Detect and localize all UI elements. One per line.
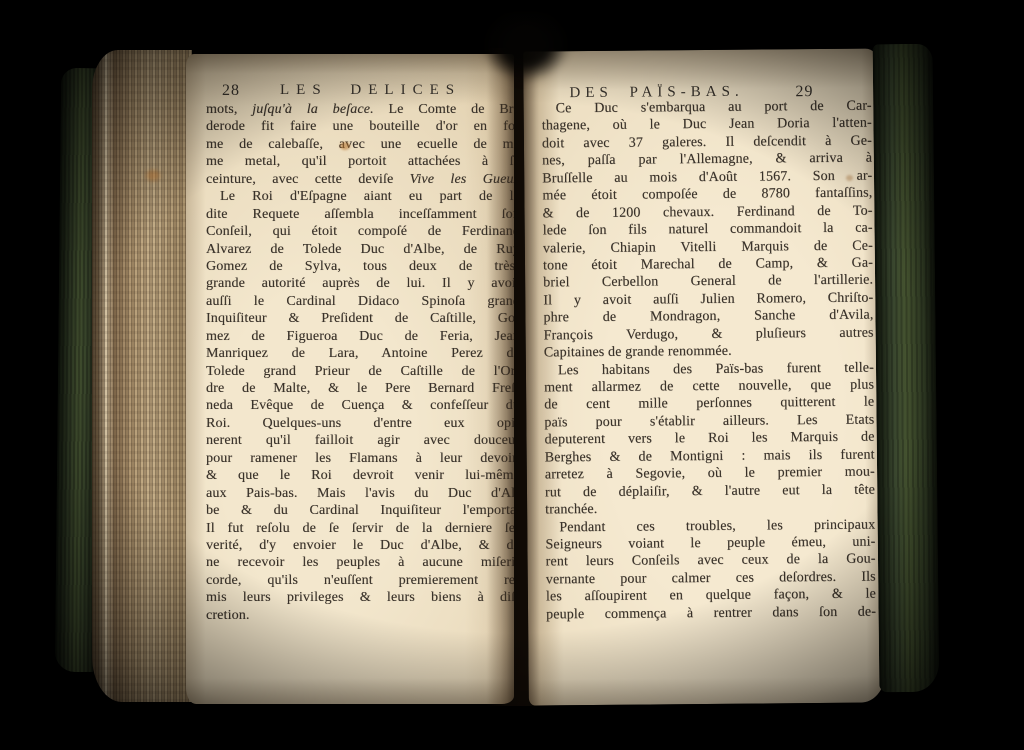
text-line: aux Pais-bas. Mais l'avis du Duc d'Al- (206, 485, 514, 502)
text-line: cretion. (206, 607, 514, 624)
running-title-left: LES DELICES (280, 82, 461, 99)
text-line: auſſi le Cardinal Didaco Spinoſa grand (206, 293, 514, 310)
text-line: lede ſon fils naturel commandoit la ca- (543, 220, 873, 240)
text-line: Manriquez de Lara, Antoine Perez de (206, 345, 514, 362)
text-line: mis leurs privileges & leurs biens à diſ… (206, 589, 514, 606)
text-line: ne recevoir les peuples à aucune miſeri- (206, 554, 514, 571)
text-line: neda Evêque de Cuença & confeſſeur du (206, 397, 514, 414)
text-line: be & du Cardinal Inquiſiteur l'emporta. (206, 502, 514, 519)
left-page-text: mots, juſqu'à la beſace. Le Comte de Bre… (206, 101, 514, 624)
page-fore-edge-stack (92, 50, 192, 702)
book-cover-right (873, 44, 940, 693)
text-line: Gomez de Sylva, tous deux de très- (206, 258, 514, 275)
text-line: Il fut reſolu de ſe ſervir de la dernier… (206, 520, 514, 537)
text-line: verité, d'y envoier le Duc d'Albe, & de (206, 537, 514, 554)
text-line: Alvarez de Tolede Duc d'Albe, de Ruy (206, 241, 514, 258)
text-line: Le Roi d'Eſpagne aiant eu part de la (206, 188, 514, 205)
page-number-left: 28 (222, 82, 240, 100)
text-line: me de calebaſſe, avec une ecuelle de mê (206, 136, 514, 153)
right-page-text: Ce Duc s'embarqua au port de Car-thagene… (542, 98, 877, 624)
text-line: dite Requete aſſembla inceſſamment ſon (206, 206, 514, 223)
text-line: peuple commença à rentrer dans ſon de- (546, 603, 876, 623)
right-page: DES PAÏS-BAS. 29 Ce Duc s'embarqua au po… (523, 48, 885, 705)
text-line: ceinture, avec cette deviſe Vive les Gue… (206, 171, 514, 188)
text-line: pour ramener les Flamans à leur devoir, (206, 450, 514, 467)
text-line: Conſeil, qui étoit compoſé de Ferdinand (206, 223, 514, 240)
text-line: grande autorité auprès de lui. Il y avoi… (206, 275, 514, 292)
text-line: mots, juſqu'à la beſace. Le Comte de Bre (206, 101, 514, 118)
text-line: me metal, qu'il portoit attachées à ſa (206, 153, 514, 170)
text-line: dre de Malte, & le Pere Bernard Freſ- (206, 380, 514, 397)
text-line: François Verdugo, & pluſieurs autres (544, 324, 874, 344)
text-line: Tolede grand Prieur de Caſtille de l'Or- (206, 363, 514, 380)
book-photo: 28 LES DELICES mots, juſqu'à la beſace. … (0, 0, 1024, 750)
text-line: nerent qu'il failloit agir avec douceur (206, 432, 514, 449)
text-line: rut de déplaiſir, & l'autre eut la tête (545, 481, 875, 501)
text-line: derode fit faire une bouteille d'or en f… (206, 118, 514, 135)
left-page-header: 28 LES DELICES (186, 82, 514, 102)
left-page: 28 LES DELICES mots, juſqu'à la beſace. … (186, 54, 514, 704)
text-line: Inquiſiteur & Preſident de Caſtille, Go- (206, 310, 514, 327)
text-line: & que le Roi devroit venir lui-même (206, 467, 514, 484)
text-line: Roi. Quelques-uns d'entre eux opi- (206, 415, 514, 432)
text-line: mez de Figueroa Duc de Feria, Jean (206, 328, 514, 345)
text-line: corde, qu'ils n'euſſent premierement re- (206, 572, 514, 589)
